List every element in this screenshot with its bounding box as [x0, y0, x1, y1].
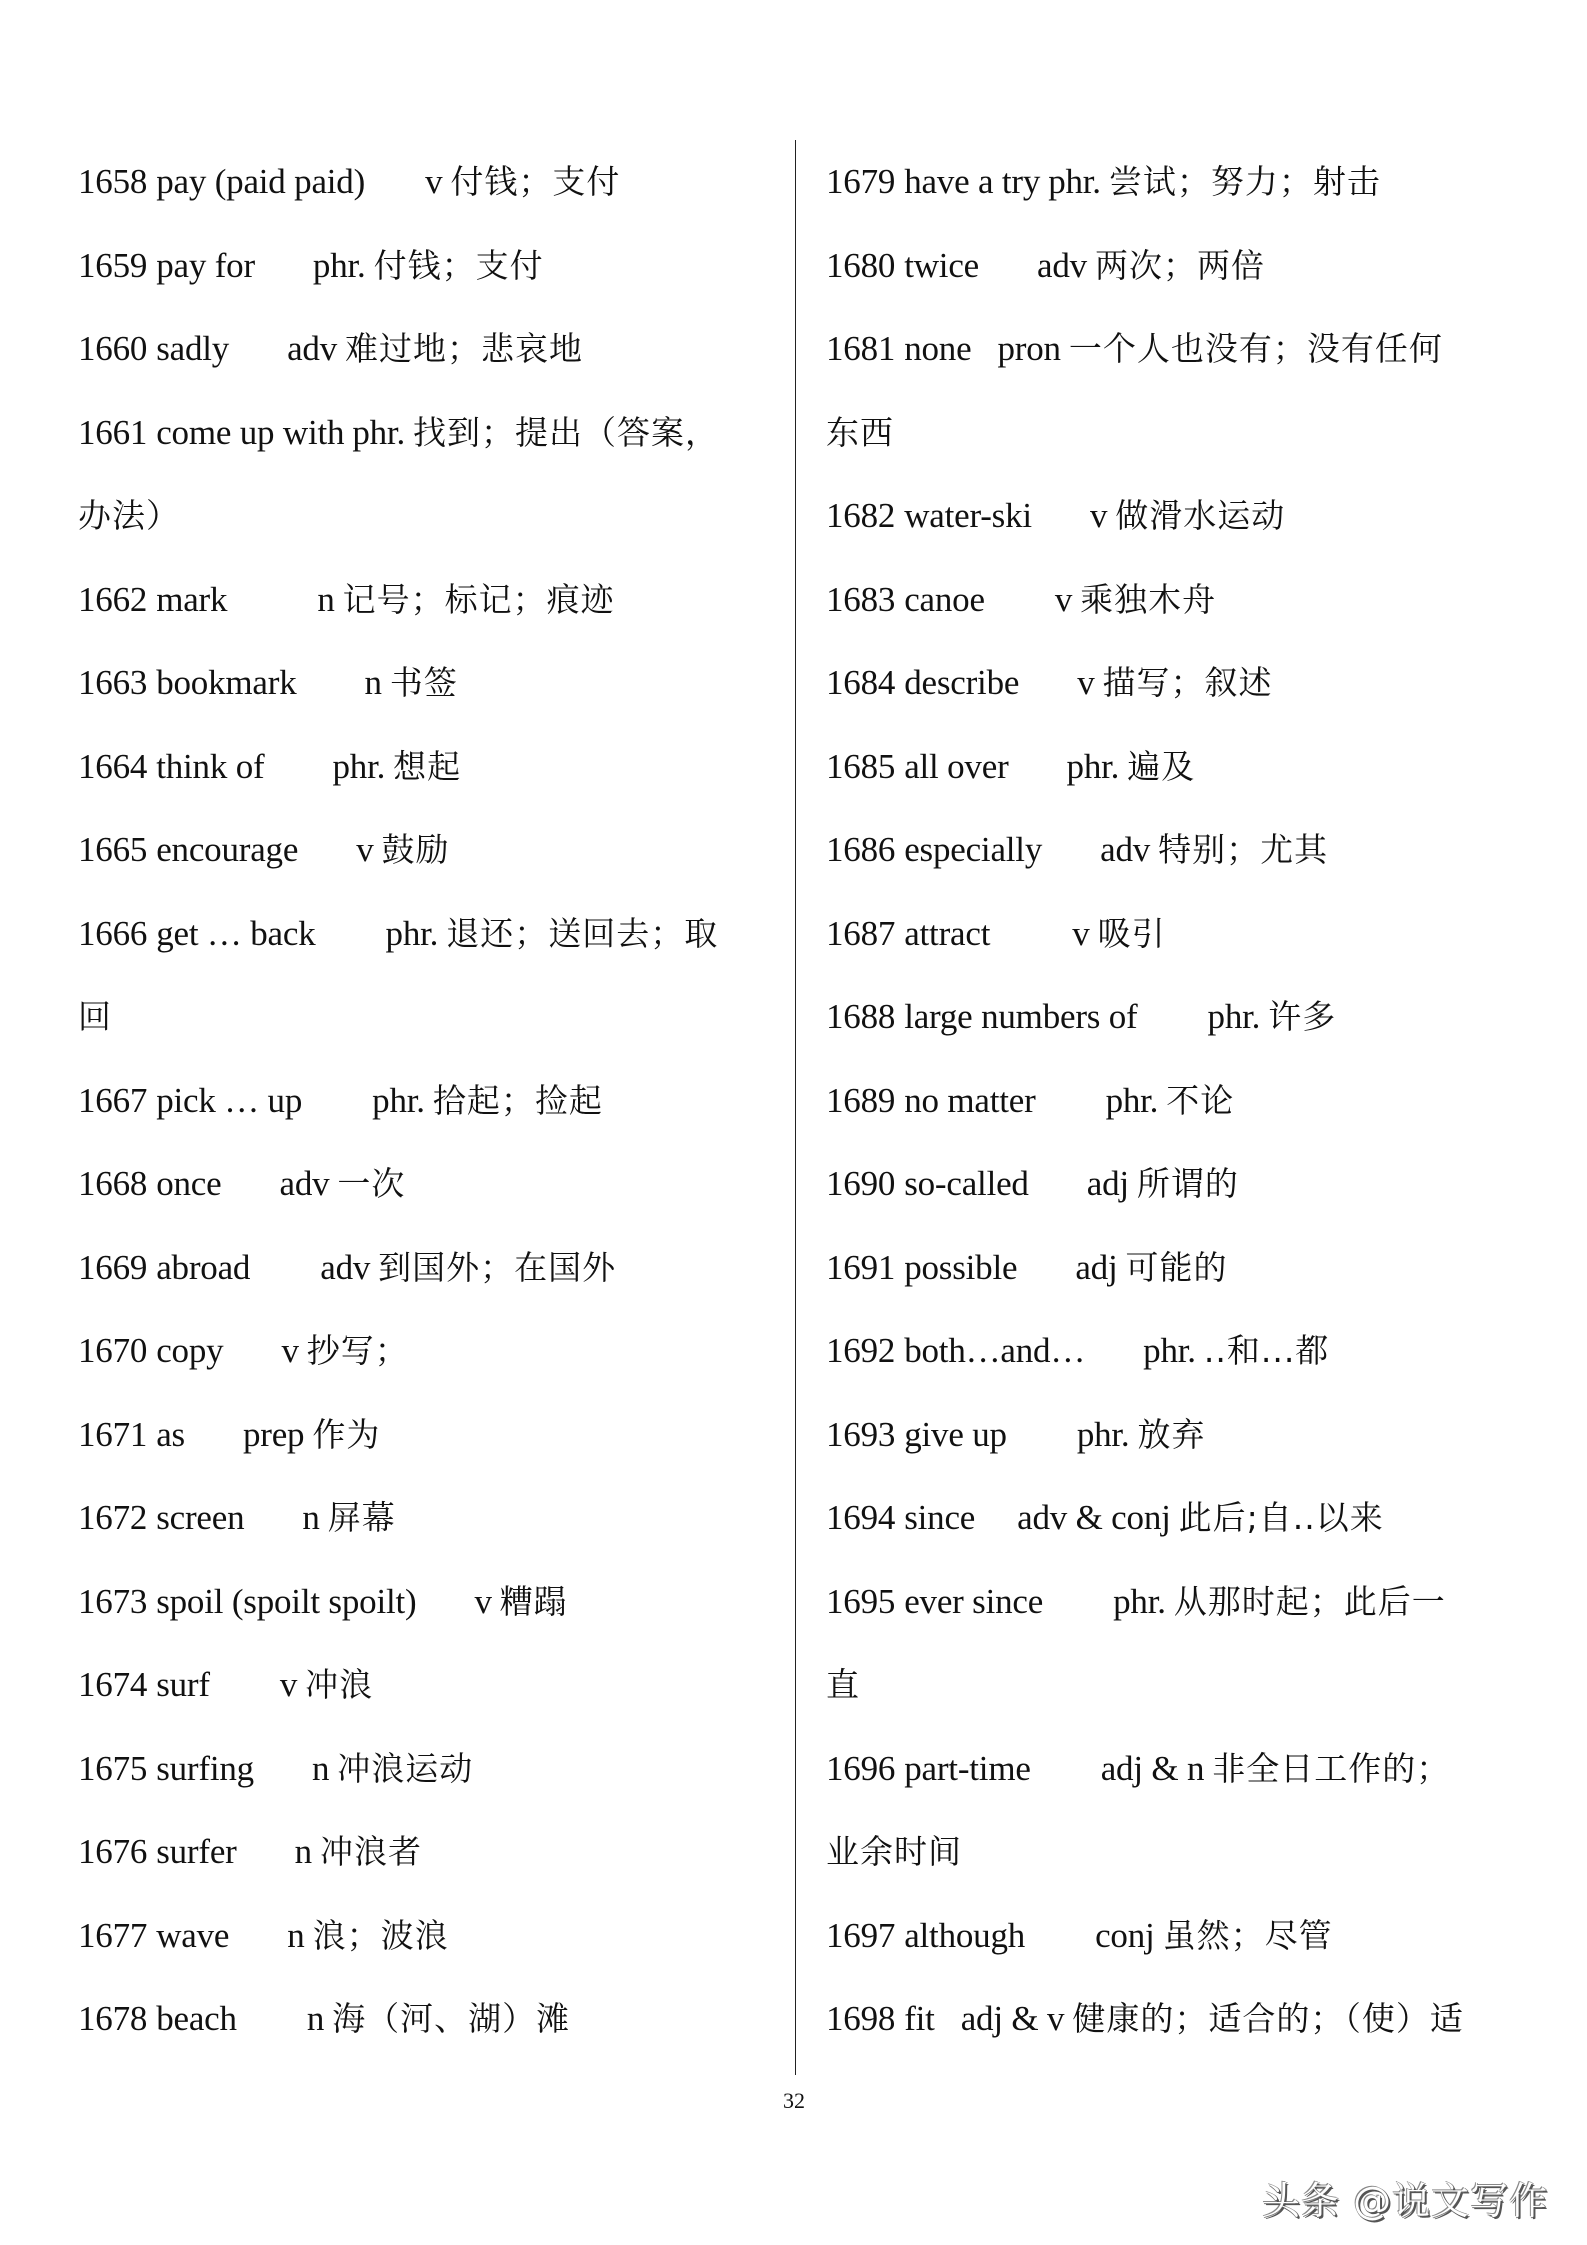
- part-of-speech: phr.: [386, 914, 439, 953]
- part-of-speech: v: [1055, 580, 1072, 619]
- entry-number: 1676: [78, 1832, 147, 1871]
- entry-term: attract: [904, 914, 990, 953]
- vocab-entry: 1670copyv抄写；: [78, 1324, 778, 1408]
- part-of-speech: phr.: [1067, 747, 1120, 786]
- left-column: 1658pay (paid paid)v付钱；支付1659pay forphr.…: [78, 155, 778, 2076]
- part-of-speech: adv: [320, 1248, 370, 1287]
- vocabulary-page: 1658pay (paid paid)v付钱；支付1659pay forphr.…: [0, 0, 1587, 2245]
- entry-definition: 所谓的: [1137, 1164, 1239, 1203]
- entry-term: beach: [156, 1999, 237, 2038]
- vocab-entry: 1668onceadv一次: [78, 1157, 778, 1241]
- entry-term: both…and…: [904, 1331, 1085, 1370]
- entry-number: 1684: [826, 663, 895, 702]
- entry-definition-continuation: 办法）: [78, 489, 778, 573]
- entry-term: pick … up: [156, 1081, 302, 1120]
- entry-number: 1665: [78, 830, 147, 869]
- entry-definition: 健康的；适合的；（使）适: [1072, 1999, 1464, 2038]
- part-of-speech: adv & conj: [1017, 1498, 1171, 1537]
- entry-number: 1695: [826, 1582, 895, 1621]
- entry-number: 1663: [78, 663, 147, 702]
- entry-number: 1675: [78, 1749, 147, 1788]
- part-of-speech: phr.: [1113, 1582, 1166, 1621]
- entry-number: 1682: [826, 496, 895, 535]
- entry-definition: 海（河、湖）滩: [332, 1999, 570, 2038]
- part-of-speech: prep: [243, 1415, 304, 1454]
- part-of-speech: v: [425, 162, 442, 201]
- entry-definition: 两次；两倍: [1095, 246, 1265, 285]
- vocab-entry: 1680twiceadv两次；两倍: [826, 239, 1526, 323]
- entry-definition: 找到；提出（答案，: [413, 413, 719, 452]
- entry-definition: 抄写；: [307, 1331, 409, 1370]
- entry-term: as: [156, 1415, 185, 1454]
- entry-definition-continuation: 直: [826, 1658, 1526, 1742]
- part-of-speech: phr.: [352, 413, 405, 452]
- entry-number: 1677: [78, 1916, 147, 1955]
- part-of-speech: adj: [1087, 1164, 1129, 1203]
- vocab-entry: 1690so-calledadj所谓的: [826, 1157, 1526, 1241]
- vocab-entry: 1695ever sincephr.从那时起；此后一: [826, 1575, 1526, 1659]
- right-column: 1679have a tryphr.尝试；努力；射击1680twiceadv两次…: [826, 155, 1526, 2076]
- entry-term: none: [904, 329, 971, 368]
- vocab-entry: 1669abroadadv到国外；在国外: [78, 1241, 778, 1325]
- entry-term: think of: [156, 747, 264, 786]
- entry-number: 1673: [78, 1582, 147, 1621]
- part-of-speech: v: [1090, 496, 1107, 535]
- entry-definition: 难过地；悲哀地: [345, 329, 583, 368]
- entry-number: 1667: [78, 1081, 147, 1120]
- part-of-speech: n: [317, 580, 334, 619]
- entry-term: have a try: [904, 162, 1040, 201]
- vocab-entry: 1678beachn海（河、湖）滩: [78, 1992, 778, 2076]
- entry-number: 1687: [826, 914, 895, 953]
- vocab-entry: 1672screenn屏幕: [78, 1491, 778, 1575]
- entry-definition: 非全日工作的；: [1212, 1749, 1450, 1788]
- part-of-speech: adv: [1100, 830, 1150, 869]
- vocab-entry: 1660sadlyadv难过地；悲哀地: [78, 322, 778, 406]
- entry-definition: 到国外；在国外: [378, 1248, 616, 1287]
- vocab-entry: 1684describev描写；叙述: [826, 656, 1526, 740]
- part-of-speech: v: [1072, 914, 1089, 953]
- entry-number: 1688: [826, 997, 895, 1036]
- part-of-speech: n: [307, 1999, 324, 2038]
- vocab-entry: 1661come up withphr.找到；提出（答案，: [78, 406, 778, 490]
- entry-term: give up: [904, 1415, 1007, 1454]
- entry-number: 1681: [826, 329, 895, 368]
- entry-term: since: [904, 1498, 975, 1537]
- entry-definition: 退还；送回去；取: [446, 914, 718, 953]
- entry-definition: 糟蹋: [500, 1582, 568, 1621]
- entry-definition: 遍及: [1127, 747, 1195, 786]
- vocab-entry: 1665encouragev鼓励: [78, 823, 778, 907]
- part-of-speech: n: [295, 1832, 312, 1871]
- entry-number: 1662: [78, 580, 147, 619]
- entry-definition: 许多: [1268, 997, 1336, 1036]
- entry-term: fit: [904, 1999, 935, 2038]
- vocab-entry: 1682water-skiv做滑水运动: [826, 489, 1526, 573]
- entry-definition: 此后;自..以来: [1179, 1498, 1384, 1537]
- entry-term: ever since: [904, 1582, 1043, 1621]
- part-of-speech: adj & v: [961, 1999, 1065, 2038]
- part-of-speech: adv: [287, 329, 337, 368]
- entry-definition: 冲浪: [305, 1665, 373, 1704]
- vocab-entry: 1685all overphr.遍及: [826, 740, 1526, 824]
- part-of-speech: adj & n: [1101, 1749, 1205, 1788]
- entry-term: part-time: [904, 1749, 1030, 1788]
- vocab-entry: 1692both…and…phr...和...都: [826, 1324, 1526, 1408]
- entry-term: surfing: [156, 1749, 254, 1788]
- entry-term: describe: [904, 663, 1019, 702]
- entry-term: all over: [904, 747, 1008, 786]
- entry-number: 1690: [826, 1164, 895, 1203]
- entry-term: canoe: [904, 580, 985, 619]
- entry-definition: ..和...都: [1204, 1331, 1329, 1370]
- entry-number: 1697: [826, 1916, 895, 1955]
- part-of-speech: v: [356, 830, 373, 869]
- entry-term: spoil (spoilt spoilt): [156, 1582, 416, 1621]
- entry-definition: 乘独木舟: [1080, 580, 1216, 619]
- entry-definition: 特别；尤其: [1158, 830, 1328, 869]
- entry-definition: 想起: [393, 747, 461, 786]
- entry-number: 1679: [826, 162, 895, 201]
- entry-definition-continuation: 东西: [826, 406, 1526, 490]
- entry-number: 1672: [78, 1498, 147, 1537]
- entry-definition: 鼓励: [382, 830, 450, 869]
- entry-term: get … back: [156, 914, 315, 953]
- entry-definition: 冲浪运动: [337, 1749, 473, 1788]
- part-of-speech: n: [302, 1498, 319, 1537]
- part-of-speech: phr.: [1048, 162, 1101, 201]
- vocab-entry: 1671asprep作为: [78, 1408, 778, 1492]
- watermark: 头条 @说文写作: [1262, 2170, 1548, 2225]
- entry-definition: 放弃: [1138, 1415, 1206, 1454]
- entry-definition: 可能的: [1126, 1248, 1228, 1287]
- entry-definition: 做滑水运动: [1115, 496, 1285, 535]
- part-of-speech: phr.: [1208, 997, 1261, 1036]
- entry-term: pay for: [156, 246, 255, 285]
- vocab-entry: 1673spoil (spoilt spoilt)v糟蹋: [78, 1575, 778, 1659]
- entry-number: 1659: [78, 246, 147, 285]
- entry-term: no matter: [904, 1081, 1035, 1120]
- entry-number: 1671: [78, 1415, 147, 1454]
- entry-definition: 屏幕: [328, 1498, 396, 1537]
- entry-definition: 付钱；支付: [374, 246, 544, 285]
- entry-term: especially: [904, 830, 1042, 869]
- entry-definition: 记号；标记；痕迹: [343, 580, 615, 619]
- part-of-speech: phr.: [332, 747, 385, 786]
- column-divider: [795, 140, 796, 2075]
- vocab-entry: 1683canoev乘独木舟: [826, 573, 1526, 657]
- part-of-speech: adv: [279, 1164, 329, 1203]
- vocab-entry: 1679have a tryphr.尝试；努力；射击: [826, 155, 1526, 239]
- entry-number: 1668: [78, 1164, 147, 1203]
- vocab-entry: 1691possibleadj可能的: [826, 1241, 1526, 1325]
- entry-definition: 虽然；尽管: [1163, 1916, 1333, 1955]
- vocab-entry: 1698fitadj & v健康的；适合的；（使）适: [826, 1992, 1526, 2076]
- entry-number: 1689: [826, 1081, 895, 1120]
- entry-term: surf: [156, 1665, 210, 1704]
- entry-definition: 浪；波浪: [313, 1916, 449, 1955]
- entry-term: come up with: [156, 413, 344, 452]
- entry-definition: 一个人也没有；没有任何: [1069, 329, 1443, 368]
- entry-number: 1661: [78, 413, 147, 452]
- entry-number: 1664: [78, 747, 147, 786]
- entry-definition: 从那时起；此后一: [1174, 1582, 1446, 1621]
- entry-term: once: [156, 1164, 221, 1203]
- vocab-entry: 1696part-timeadj & n非全日工作的；: [826, 1742, 1526, 1826]
- part-of-speech: adj: [1075, 1248, 1117, 1287]
- part-of-speech: phr.: [1106, 1081, 1159, 1120]
- entry-number: 1694: [826, 1498, 895, 1537]
- part-of-speech: phr.: [372, 1081, 425, 1120]
- vocab-entry: 1694sinceadv & conj此后;自..以来: [826, 1491, 1526, 1575]
- entry-definition: 书签: [390, 663, 458, 702]
- entry-number: 1660: [78, 329, 147, 368]
- part-of-speech: adv: [1037, 246, 1087, 285]
- page-number: 32: [783, 2088, 805, 2114]
- entry-term: sadly: [156, 329, 229, 368]
- part-of-speech: v: [474, 1582, 491, 1621]
- entry-number: 1691: [826, 1248, 895, 1287]
- entry-definition: 不论: [1166, 1081, 1234, 1120]
- entry-number: 1674: [78, 1665, 147, 1704]
- part-of-speech: n: [365, 663, 382, 702]
- vocab-entry: 1663bookmarkn书签: [78, 656, 778, 740]
- entry-definition: 一次: [337, 1164, 405, 1203]
- part-of-speech: v: [281, 1331, 298, 1370]
- entry-number: 1670: [78, 1331, 147, 1370]
- entry-term: surfer: [156, 1832, 236, 1871]
- vocab-entry: 1693give upphr.放弃: [826, 1408, 1526, 1492]
- part-of-speech: v: [1077, 663, 1094, 702]
- entry-number: 1680: [826, 246, 895, 285]
- entry-number: 1658: [78, 162, 147, 201]
- entry-definition: 作为: [312, 1415, 380, 1454]
- entry-term: mark: [156, 580, 227, 619]
- entry-definition: 描写；叙述: [1103, 663, 1273, 702]
- vocab-entry: 1659pay forphr.付钱；支付: [78, 239, 778, 323]
- vocab-entry: 1664think ofphr.想起: [78, 740, 778, 824]
- entry-definition: 付钱；支付: [450, 162, 620, 201]
- entry-term: copy: [156, 1331, 223, 1370]
- vocab-entry: 1687attractv吸引: [826, 907, 1526, 991]
- entry-number: 1666: [78, 914, 147, 953]
- part-of-speech: v: [280, 1665, 297, 1704]
- vocab-entry: 1658pay (paid paid)v付钱；支付: [78, 155, 778, 239]
- entry-term: twice: [904, 246, 979, 285]
- entry-number: 1698: [826, 1999, 895, 2038]
- part-of-speech: n: [287, 1916, 304, 1955]
- vocab-entry: 1667pick … upphr.拾起；捡起: [78, 1074, 778, 1158]
- part-of-speech: phr.: [313, 246, 366, 285]
- entry-term: pay (paid paid): [156, 162, 365, 201]
- entry-number: 1692: [826, 1331, 895, 1370]
- entry-term: wave: [156, 1916, 229, 1955]
- entry-definition-continuation: 回: [78, 990, 778, 1074]
- vocab-entry: 1688large numbers ofphr.许多: [826, 990, 1526, 1074]
- entry-number: 1693: [826, 1415, 895, 1454]
- vocab-entry: 1674surfv冲浪: [78, 1658, 778, 1742]
- entry-number: 1696: [826, 1749, 895, 1788]
- vocab-entry: 1697althoughconj虽然；尽管: [826, 1909, 1526, 1993]
- vocab-entry: 1666get … backphr.退还；送回去；取: [78, 907, 778, 991]
- entry-number: 1669: [78, 1248, 147, 1287]
- entry-term: abroad: [156, 1248, 250, 1287]
- entry-number: 1678: [78, 1999, 147, 2038]
- entry-term: screen: [156, 1498, 244, 1537]
- entry-definition: 拾起；捡起: [433, 1081, 603, 1120]
- part-of-speech: n: [312, 1749, 329, 1788]
- part-of-speech: phr.: [1077, 1415, 1130, 1454]
- vocab-entry: 1677waven浪；波浪: [78, 1909, 778, 1993]
- entry-definition: 尝试；努力；射击: [1109, 162, 1381, 201]
- entry-definition: 冲浪者: [320, 1832, 422, 1871]
- part-of-speech: phr.: [1143, 1331, 1196, 1370]
- vocab-entry: 1662markn记号；标记；痕迹: [78, 573, 778, 657]
- vocab-entry: 1675surfingn冲浪运动: [78, 1742, 778, 1826]
- vocab-entry: 1681nonepron一个人也没有；没有任何: [826, 322, 1526, 406]
- entry-number: 1686: [826, 830, 895, 869]
- entry-definition-continuation: 业余时间: [826, 1825, 1526, 1909]
- entry-term: although: [904, 1916, 1025, 1955]
- entry-term: so-called: [904, 1164, 1029, 1203]
- part-of-speech: conj: [1095, 1916, 1154, 1955]
- entry-definition: 吸引: [1098, 914, 1166, 953]
- entry-term: water-ski: [904, 496, 1032, 535]
- entry-term: possible: [904, 1248, 1017, 1287]
- entry-term: bookmark: [156, 663, 296, 702]
- vocab-entry: 1686especiallyadv特别；尤其: [826, 823, 1526, 907]
- vocab-entry: 1676surfern冲浪者: [78, 1825, 778, 1909]
- entry-term: large numbers of: [904, 997, 1137, 1036]
- part-of-speech: pron: [997, 329, 1060, 368]
- entry-term: encourage: [156, 830, 298, 869]
- entry-number: 1685: [826, 747, 895, 786]
- entry-number: 1683: [826, 580, 895, 619]
- vocab-entry: 1689no matterphr.不论: [826, 1074, 1526, 1158]
